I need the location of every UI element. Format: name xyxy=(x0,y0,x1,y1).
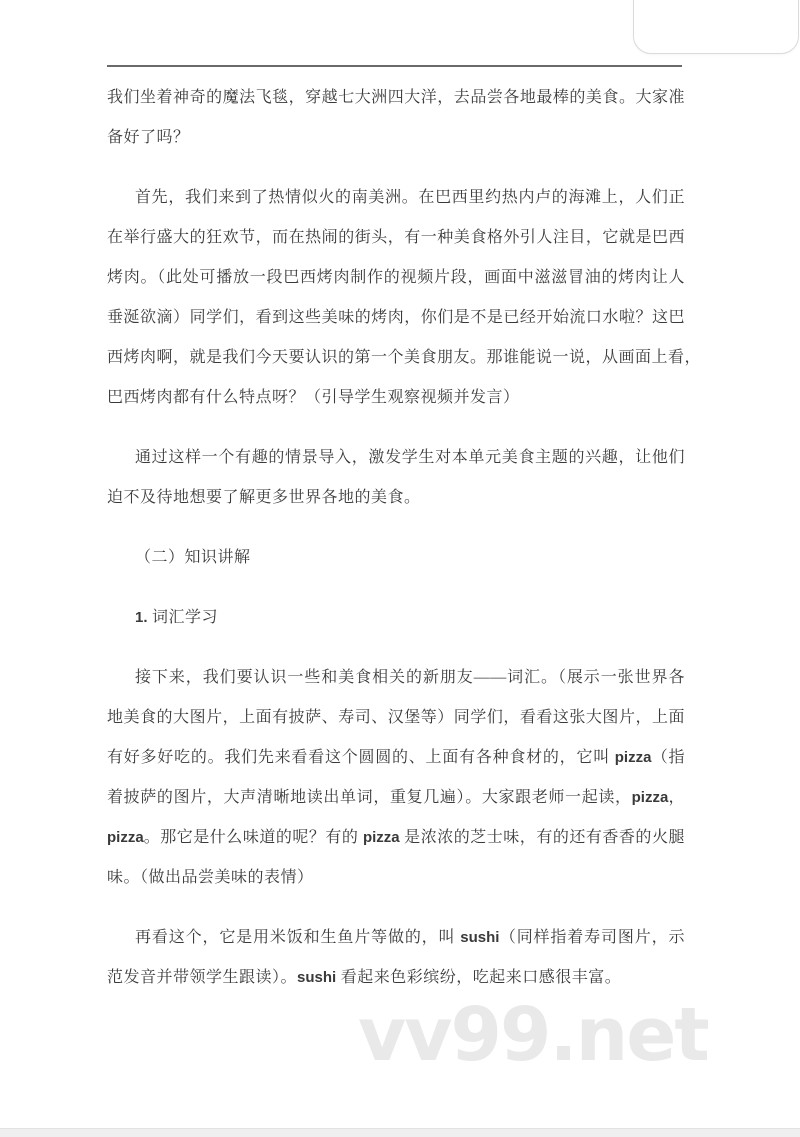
text-line: 接下来，我们要认识一些和美食相关的新朋友——词汇。（展示一张世界各 xyxy=(107,658,685,698)
paragraph-intro: 我们坐着神奇的魔法飞毯，穿越七大洲四大洋，去品尝各地最棒的美食。大家准 备好了吗… xyxy=(107,78,685,158)
paragraph-vocabulary-sushi: 再看这个，它是用米饭和生鱼片等做的，叫 sushi（同样指着寿司图片，示 范发音… xyxy=(107,918,685,998)
text-line: 地美食的大图片，上面有披萨、寿司、汉堡等）同学们，看看这张大图片，上面 xyxy=(107,698,685,738)
watermark: vv99.net xyxy=(358,992,708,1078)
text-line: 通过这样一个有趣的情景导入，激发学生对本单元美食主题的兴趣，让他们 xyxy=(107,438,685,478)
paragraph-brazil-bbq: 首先，我们来到了热情似火的南美洲。在巴西里约热内卢的海滩上，人们正 在举行盛大的… xyxy=(107,178,685,418)
text-line: 烤肉。（此处可播放一段巴西烤肉制作的视频片段，画面中滋滋冒油的烤肉让人 xyxy=(107,258,685,298)
heading-section-two: （二）知识讲解 xyxy=(107,538,685,578)
page-bottom-edge xyxy=(0,1128,800,1137)
document-page: 我们坐着神奇的魔法飞毯，穿越七大洲四大洋，去品尝各地最棒的美食。大家准 备好了吗… xyxy=(0,0,800,1137)
text-line: 在举行盛大的狂欢节，而在热闹的街头，有一种美食格外引人注目，它就是巴西 xyxy=(107,218,685,258)
text-line: 垂涎欲滴）同学们，看到这些美味的烤肉，你们是不是已经开始流口水啦？这巴 xyxy=(107,298,685,338)
header-divider xyxy=(107,65,682,67)
paragraph-vocabulary-pizza: 接下来，我们要认识一些和美食相关的新朋友——词汇。（展示一张世界各 地美食的大图… xyxy=(107,658,685,898)
subsection-heading: 1. 词汇学习 xyxy=(107,598,685,638)
text-line: 首先，我们来到了热情似火的南美洲。在巴西里约热内卢的海滩上，人们正 xyxy=(107,178,685,218)
text-line: 巴西烤肉都有什么特点呀？（引导学生观察视频并发言） xyxy=(107,378,685,418)
latin-word: pizza xyxy=(632,789,669,806)
text-line: 备好了吗？ xyxy=(107,118,685,158)
text-line: 西烤肉啊，就是我们今天要认识的第一个美食朋友。那谁能说一说，从画面上看， xyxy=(107,338,685,378)
document-text-block: 我们坐着神奇的魔法飞毯，穿越七大洲四大洋，去品尝各地最棒的美食。大家准 备好了吗… xyxy=(107,78,685,1018)
text-line: pizza。那它是什么味道的呢？有的 pizza 是浓浓的芝士味，有的还有香香的… xyxy=(107,818,685,858)
latin-word: sushi xyxy=(460,929,499,946)
latin-word: pizza xyxy=(615,749,652,766)
text-line: 再看这个，它是用米饭和生鱼片等做的，叫 sushi（同样指着寿司图片，示 xyxy=(107,918,685,958)
corner-overlay-card xyxy=(633,0,799,54)
paragraph-summary: 通过这样一个有趣的情景导入，激发学生对本单元美食主题的兴趣，让他们 迫不及待地想… xyxy=(107,438,685,518)
heading-vocabulary: 1. 词汇学习 xyxy=(107,598,685,638)
text-line: 着披萨的图片，大声清晰地读出单词，重复几遍）。大家跟老师一起读，pizza， xyxy=(107,778,685,818)
text-line: 我们坐着神奇的魔法飞毯，穿越七大洲四大洋，去品尝各地最棒的美食。大家准 xyxy=(107,78,685,118)
section-heading: （二）知识讲解 xyxy=(107,538,685,578)
latin-word: pizza xyxy=(363,829,400,846)
text-line: 迫不及待地想要了解更多世界各地的美食。 xyxy=(107,478,685,518)
latin-word: sushi xyxy=(297,969,336,986)
text-line: 味。（做出品尝美味的表情） xyxy=(107,858,685,898)
text-line: 有好多好吃的。我们先来看看这个圆圆的、上面有各种食材的，它叫 pizza（指 xyxy=(107,738,685,778)
latin-word: pizza xyxy=(107,829,144,846)
latin-word: 1. xyxy=(135,609,148,626)
